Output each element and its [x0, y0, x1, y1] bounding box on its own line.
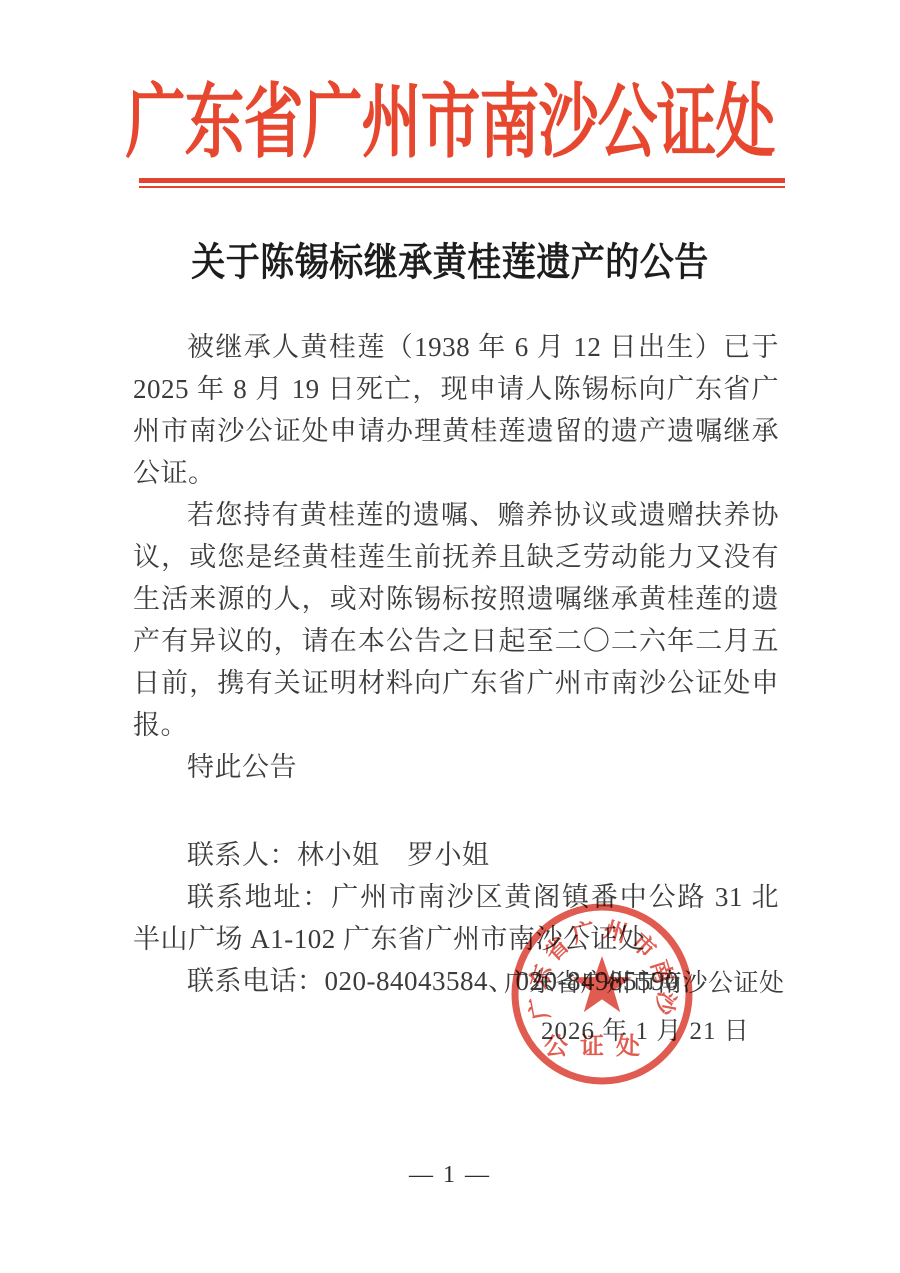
seal-star-icon [573, 956, 632, 1012]
blank-line [133, 788, 779, 834]
letterhead-divider [139, 178, 785, 188]
paragraph-claim-instructions: 若您持有黄桂莲的遗嘱、赡养协议或遗赠扶养协议，或您是经黄桂莲生前抚养且缺乏劳动能… [133, 494, 779, 746]
divider-thin-line [139, 186, 785, 188]
closing-statement: 特此公告 [133, 746, 779, 788]
seal-bottom-text: 公证处 [544, 1033, 652, 1060]
contact-person: 联系人：林小姐 罗小姐 [133, 834, 779, 876]
paragraph-deceased-info: 被继承人黄桂莲（1938 年 6 月 12 日出生）已于 2025 年 8 月 … [133, 326, 779, 494]
official-seal: 广东省广州市南沙 公证处 [492, 884, 712, 1104]
notice-page: 广东省广州市南沙公证处 关于陈锡标继承黄桂莲遗产的公告 被继承人黄桂莲（1938… [0, 0, 900, 1273]
notice-title: 关于陈锡标继承黄桂莲遗产的公告 [0, 235, 900, 281]
page-number: — 1 — [0, 1162, 900, 1189]
letterhead-title: 广东省广州市南沙公证处 [0, 49, 900, 184]
divider-thick-line [139, 178, 785, 183]
